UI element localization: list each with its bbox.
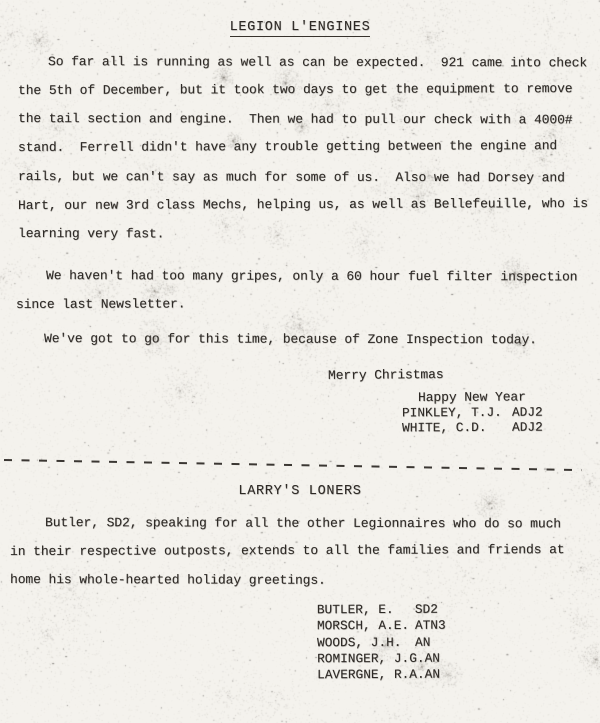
body-line: We've got to go for this time, because o… xyxy=(14,325,537,355)
roster-name: LAVERGNE, R.A. xyxy=(317,667,425,684)
loners-paragraph: Butler, SD2, speaking for all the other … xyxy=(10,509,565,595)
roster-rate: AN xyxy=(425,667,440,683)
section-title-engines: LEGION L'ENGINES xyxy=(0,20,600,35)
signature-row: WHITE, C.D. ADJ2 xyxy=(402,420,543,435)
roster-row: WOODS, J.H. AN xyxy=(317,634,446,651)
signature-name: PINKLEY, T.J. xyxy=(402,406,512,421)
roster-row: LAVERGNE, R.A. AN xyxy=(317,667,446,684)
roster-row: MORSCH, A.E. ATN3 xyxy=(317,618,446,635)
roster-rate: AN xyxy=(415,634,430,650)
roster-rate: SD2 xyxy=(415,602,438,618)
body-line: Hart, our new 3rd class Mechs, helping u… xyxy=(18,190,588,221)
roster-name: MORSCH, A.E. xyxy=(317,618,415,635)
engines-paragraph-3: We've got to go for this time, because o… xyxy=(14,325,537,354)
body-line: the 5th of December, but it took two day… xyxy=(18,75,588,106)
roster-list: BUTLER, E. SD2 MORSCH, A.E. ATN3 WOODS, … xyxy=(317,602,446,684)
roster-row: BUTLER, E. SD2 xyxy=(317,602,446,619)
body-line: the tail section and engine. Then we had… xyxy=(18,105,588,135)
signature-row: PINKLEY, T.J. ADJ2 xyxy=(402,406,543,421)
body-line: home his whole-hearted holiday greetings… xyxy=(10,566,565,596)
roster-name: ROMINGER, J.G. xyxy=(317,651,425,668)
body-line: in their respective outposts, extends to… xyxy=(10,536,565,567)
engines-paragraph-2: We haven't had too many gripes, only a 6… xyxy=(16,262,577,319)
roster-name: WOODS, J.H. xyxy=(317,634,415,651)
signature-rate: ADJ2 xyxy=(512,420,543,435)
dashed-divider-line xyxy=(4,459,582,471)
body-line: So far all is running as well as can be … xyxy=(18,48,588,78)
section-title-loners-text: LARRY'S LONERS xyxy=(238,484,361,499)
body-line: since last Newsletter. xyxy=(16,289,577,320)
engines-paragraph-1: So far all is running as well as can be … xyxy=(18,48,588,249)
body-line: learning very fast. xyxy=(18,220,588,250)
section-title-engines-text: LEGION L'ENGINES xyxy=(230,20,371,37)
scanned-document-page: LEGION L'ENGINES So far all is running a… xyxy=(0,0,600,723)
roster-name: BUTLER, E. xyxy=(317,602,415,619)
section-title-loners: LARRY'S LONERS xyxy=(0,484,600,499)
body-line: We haven't had too many gripes, only a 6… xyxy=(16,262,577,292)
signature-rate: ADJ2 xyxy=(512,406,543,421)
roster-row: ROMINGER, J.G. AN xyxy=(317,651,446,668)
body-line: Butler, SD2, speaking for all the other … xyxy=(10,509,565,539)
signature-block: PINKLEY, T.J. ADJ2 WHITE, C.D. ADJ2 xyxy=(402,406,543,436)
roster-rate: ATN3 xyxy=(415,618,446,634)
body-line: stand. Ferrell didn't have any trouble g… xyxy=(18,132,588,163)
body-line: rails, but we can't say as much for some… xyxy=(18,163,588,193)
signature-name: WHITE, C.D. xyxy=(402,420,512,435)
roster-rate: AN xyxy=(425,651,440,667)
